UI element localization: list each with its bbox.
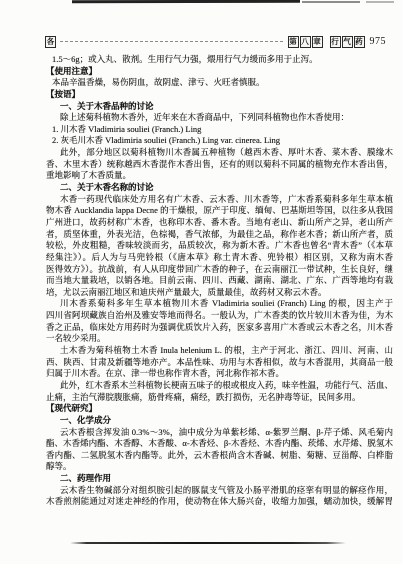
header-leader-line (60, 41, 283, 42)
text-line: 土木香为菊科植物土木香 Inula helenium L. 的根，主产于河北、浙… (46, 345, 393, 357)
text-line: 经集注》）。后人为与马兜铃根（《唐本草》称土青木香、兜铃根）相区别，又称为南木香… (46, 252, 393, 264)
chapter-number-boxes: 第八章 (288, 36, 323, 48)
text-line: 木香煎剂能通过对迷走神经的作用，使动物在体大肠兴奋，收缩力加强，蠕动加快，缓解胃 (46, 496, 393, 508)
text-line: 2. 灰毛川木香 Vladimiria souliei (Franch.) Li… (46, 135, 393, 147)
scan-artifact-top (366, 1, 394, 3)
text-line: 此外，红木香系木兰科植物长梗南五味子的根或根皮入药，味辛性温，功能行气、活血、 (46, 380, 393, 392)
text-line: 香、木里木香）统称越西木香混作木香出售，还有的则以菊科不同属的植物充作木香出售，… (46, 159, 393, 171)
text-line: 止痛，主治气滞脘腹胀痛，筋骨疼痛，痛经，跌打损伤，无名肿毒等证，民间多用。 (46, 392, 393, 404)
header-box-char: 章 (312, 36, 323, 48)
text-line: 香之正品，临床处方用药时为强调优质饮片入药，医家多喜用广木香或云木香之名，川木香 (46, 322, 393, 334)
page-number: 975 (370, 36, 387, 47)
text-line: 一、关于木香品种的讨论 (46, 101, 393, 113)
footer-rule (70, 542, 346, 544)
text-line: 较松，外皮粗糙，香味较淡而劣，品质较次，称为新木香。广木香也曾名“青木香”（《本… (46, 240, 393, 252)
text-line: 1. 川木香 Vladimiria souliei (Franch.) Ling (46, 124, 393, 136)
header-box-char: 行 (330, 36, 341, 48)
text-line: 物木香 Aucklandia lappa Decne 的干燥根，原产于印度、缅甸… (46, 205, 393, 217)
scanned-book-page: 各 第八章 行气药 975 1.5～6g；或入丸、散剂。生用行气力强，煨用行气力… (0, 0, 403, 564)
text-line: 医得效方》）。抗战前，有人从印度带回广木香的种子，在云南丽江一带试种，生长良好，… (46, 264, 393, 276)
header-box-char: 气 (342, 36, 353, 48)
text-line: 此外，部分地区以菊科植物川木香属五种植物（越西木香、厚叶木香、菜木香、膜缘木 (46, 147, 393, 159)
text-line: 香内酯、二氢脱氢木香内酯等。此外，云木香根尚含木香碱、树脂、菊糖、豆甾醇、白桦脂 (46, 450, 393, 462)
text-line: 一名较少采用。 (46, 333, 393, 345)
text-line: 【使用注意】 (46, 66, 393, 78)
header-box-char: 药 (354, 36, 365, 48)
text-line: 一、化学成分 (46, 415, 393, 427)
text-line: 醇等。 (46, 461, 393, 473)
text-line: 除上述菊科植物木香外，近年来在木香商品中，下列同科植物也作木香使用： (46, 112, 393, 124)
scan-artifact-top (72, 0, 300, 3)
text-line: 本品辛温香燥，易伤阴血，故阴虚、津亏、火旺者慎服。 (46, 77, 393, 89)
text-line: 【按语】 (46, 89, 393, 101)
text-line: 四川省阿坝藏族自治州及雅安等地而得名。一般认为，广木香类的饮片较川木香为佳，为木 (46, 310, 393, 322)
text-line: 【现代研究】 (46, 403, 393, 415)
text-line: 木香一药现代临床处方用名有广木香、云木香、川木香等，广木香系菊科多年生草本植 (46, 194, 393, 206)
body-text-column: 1.5～6g；或入丸、散剂。生用行气力强，煨用行气力缓而多用于止泻。【使用注意】… (46, 54, 393, 508)
text-line: 西、陕西、甘肃及新疆等地亦产。本品性味、功用与木香相似，故与木香混用，其商品一般 (46, 357, 393, 369)
text-line: 1.5～6g；或入丸、散剂。生用行气力强，煨用行气力缓而多用于止泻。 (46, 54, 393, 66)
header-box-char: 八 (300, 36, 311, 48)
text-line: 重地影响了木香质量。 (46, 170, 393, 182)
text-line: 培，尤以云南丽江地区和迪庆州产量最大，质量最佳，故药材又称云木香。 (46, 287, 393, 299)
text-line: 川木香系菊科多年生草本植物川木香 Vladimiria souliei (Fra… (46, 298, 393, 310)
text-line: 二、关于木香名称的讨论 (46, 182, 393, 194)
section-tab-box: 各 (45, 36, 56, 48)
text-line: 归属于川木香。在京、津一带也称作青木香，河北称作祁木香。 (46, 368, 393, 380)
text-line: 云木香生物碱部分对组织胺引起的豚鼠支气管及小肠平滑肌的痉挛有明显的解痉作用， (46, 485, 393, 497)
scan-artifact-top (302, 1, 360, 3)
text-line: 酯、木香烯内酯、木香醇、木香酸、α-木香烃、β-木香烃、木香内酯、莰烯、水芹烯、… (46, 438, 393, 450)
text-line: 云木香根含挥发油 0.3%～3%，油中成分为单紫杉烯、α-紫罗兰酮、β-芹子烯、… (46, 427, 393, 439)
text-line: 二、药理作用 (46, 473, 393, 485)
text-line: 而当地大量栽培，以销各地。目前云南、四川、西藏、湖南、湖北、广东、广西等地均有栽 (46, 275, 393, 287)
page-header: 各 第八章 行气药 975 (45, 35, 386, 48)
text-line: 者，质坚体重，外表光洁，色棕褐，香气浓郁，为最佳之品，称作老木香；新山所产者，质 (46, 229, 393, 241)
chapter-title-boxes: 行气药 (330, 36, 365, 48)
header-box-char: 第 (288, 36, 299, 48)
text-line: 广州进口，故药材称广木香，也称印木香、番木香。当地有老山、新山所产之异，老山所产 (46, 217, 393, 229)
